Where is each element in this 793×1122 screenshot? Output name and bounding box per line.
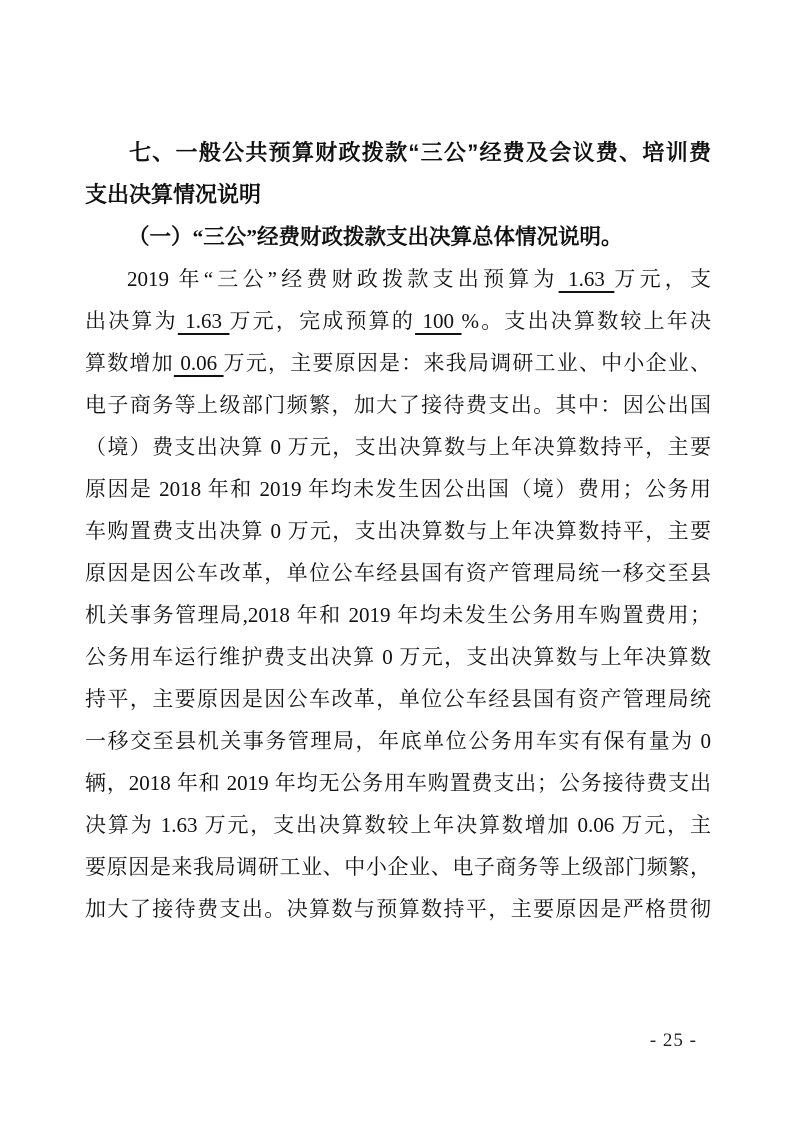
body-text: 出决算为 [85, 309, 178, 333]
body-line: 公务用车运行维护费支出决算 0 万元，支出决算数与上年决算数 [85, 636, 711, 678]
underlined-value: 100 [415, 309, 461, 333]
body-text: 要原因是来我局调研工业、中小企业、电子商务等上级部门频繁， [85, 855, 711, 879]
body-text: 一移交至县机关事务管理局，年底单位公务用车实有保有量为 0 [85, 729, 711, 753]
body-line: 持平，主要原因是因公车改革，单位公车经县国有资产管理局统 [85, 678, 711, 720]
underlined-value: 1.63 [559, 267, 615, 291]
body-line: 2019 年“三公”经费财政拨款支出预算为 1.63 万元，支 [85, 258, 711, 300]
section-heading-line-2: 支出决算情况说明 [85, 174, 711, 216]
body-line: 原因是 2018 年和 2019 年均未发生因公出国（境）费用；公务用 [85, 468, 711, 510]
underlined-value: 0.06 [174, 351, 224, 375]
body-text: %。支出决算数较上年决 [462, 309, 712, 333]
body-text: 万元，支 [614, 267, 711, 291]
body-text: 机关事务管理局,2018 年和 2019 年均未发生公务用车购置费用； [85, 603, 711, 627]
body-line: （境）费支出决算 0 万元，支出决算数与上年决算数持平，主要 [85, 426, 711, 468]
body-text: 原因是因公车改革，单位公车经县国有资产管理局统一移交至县 [85, 561, 711, 585]
document-content: 七、一般公共预算财政拨款“三公”经费及会议费、培训费 支出决算情况说明 （一）“… [85, 132, 711, 930]
body-text: 2019 年“三公”经费财政拨款支出预算为 [127, 267, 559, 291]
document-page: 七、一般公共预算财政拨款“三公”经费及会议费、培训费 支出决算情况说明 （一）“… [0, 0, 793, 1122]
body-line: 辆，2018 年和 2019 年均无公务用车购置费支出；公务接待费支出 [85, 762, 711, 804]
body-paragraph: 2019 年“三公”经费财政拨款支出预算为 1.63 万元，支出决算为 1.63… [85, 258, 711, 930]
body-text: 原因是 2018 年和 2019 年均未发生因公出国（境）费用；公务用 [85, 477, 711, 501]
page-number: - 25 - [650, 1029, 697, 1053]
body-line: 出决算为 1.63 万元，完成预算的 100 %。支出决算数较上年决 [85, 300, 711, 342]
body-line: 决算为 1.63 万元，支出决算数较上年决算数增加 0.06 万元，主 [85, 804, 711, 846]
body-line: 机关事务管理局,2018 年和 2019 年均未发生公务用车购置费用； [85, 594, 711, 636]
body-text: 公务用车运行维护费支出决算 0 万元，支出决算数与上年决算数 [85, 645, 711, 669]
body-line: 算数增加 0.06 万元，主要原因是：来我局调研工业、中小企业、 [85, 342, 711, 384]
body-line: 原因是因公车改革，单位公车经县国有资产管理局统一移交至县 [85, 552, 711, 594]
body-text: 持平，主要原因是因公车改革，单位公车经县国有资产管理局统 [85, 687, 711, 711]
underlined-value: 1.63 [178, 309, 230, 333]
body-text: 车购置费支出决算 0 万元，支出决算数与上年决算数持平，主要 [85, 519, 711, 543]
body-text: （境）费支出决算 0 万元，支出决算数与上年决算数持平，主要 [85, 435, 711, 459]
body-text: 算数增加 [85, 351, 174, 375]
body-text: 万元，主要原因是：来我局调研工业、中小企业、 [224, 351, 711, 375]
body-text: 电子商务等上级部门频繁，加大了接待费支出。其中：因公出国 [85, 393, 711, 417]
body-text: 万元，完成预算的 [229, 309, 415, 333]
section-heading-line-1: 七、一般公共预算财政拨款“三公”经费及会议费、培训费 [85, 132, 711, 174]
subsection-heading: （一）“三公”经费财政拨款支出决算总体情况说明。 [85, 216, 711, 258]
body-line: 电子商务等上级部门频繁，加大了接待费支出。其中：因公出国 [85, 384, 711, 426]
body-line: 车购置费支出决算 0 万元，支出决算数与上年决算数持平，主要 [85, 510, 711, 552]
body-line: 要原因是来我局调研工业、中小企业、电子商务等上级部门频繁， [85, 846, 711, 888]
body-text: 辆，2018 年和 2019 年均无公务用车购置费支出；公务接待费支出 [85, 771, 711, 795]
body-line: 加大了接待费支出。决算数与预算数持平，主要原因是严格贯彻 [85, 888, 711, 930]
body-line: 一移交至县机关事务管理局，年底单位公务用车实有保有量为 0 [85, 720, 711, 762]
body-text: 加大了接待费支出。决算数与预算数持平，主要原因是严格贯彻 [85, 897, 711, 921]
body-text: 决算为 1.63 万元，支出决算数较上年决算数增加 0.06 万元，主 [85, 813, 711, 837]
